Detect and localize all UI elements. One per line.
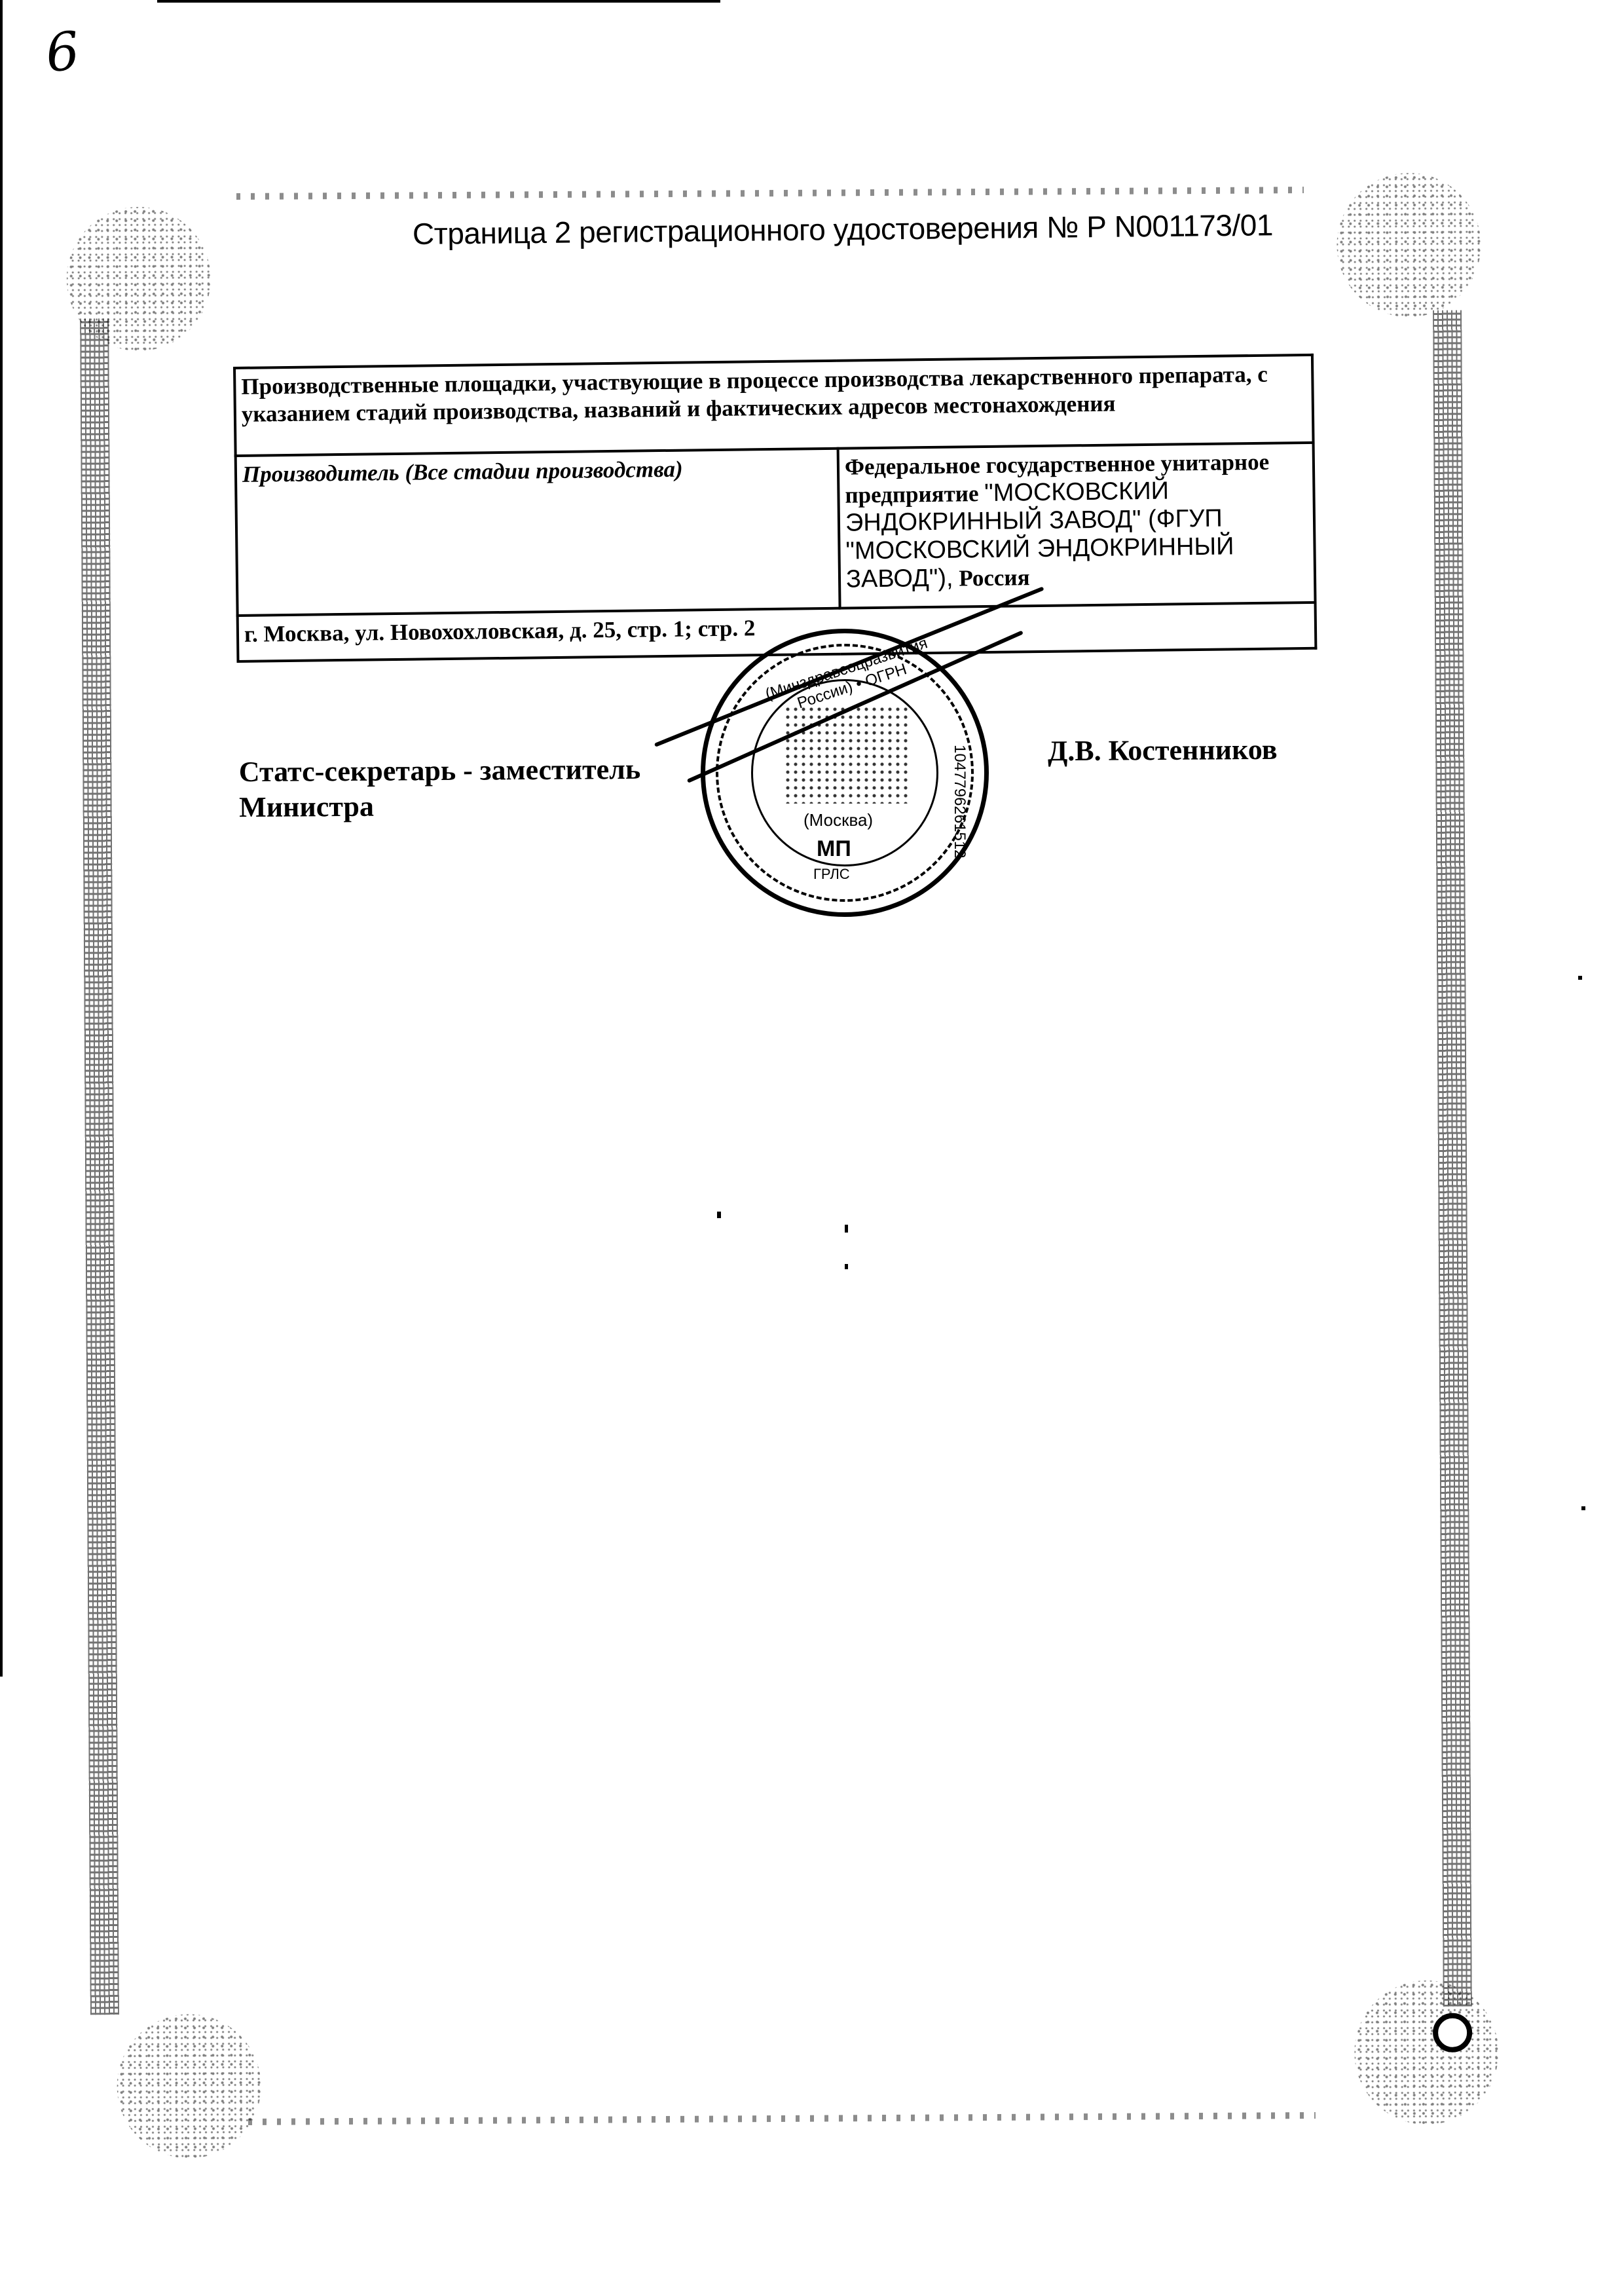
- scan-speck: [1581, 1506, 1585, 1510]
- frame-border-top: [236, 187, 1304, 200]
- seal-ring-number: 1047796261512: [950, 745, 969, 859]
- manufacturer-role: Производитель (Все стадии производства): [236, 449, 840, 616]
- rosette-ornament-icon: [1337, 172, 1481, 317]
- frame-border-right: [1433, 310, 1472, 2007]
- manufacturer-organization: Федеральное государственное унитарное пр…: [838, 443, 1316, 608]
- scan-speck: [845, 1264, 848, 1269]
- rosette-ornament-icon: [66, 206, 211, 351]
- official-seal-stamp: (Минздравсоцразвития России) • ОГРН 1047…: [701, 629, 989, 917]
- rosette-ornament-icon: [117, 2014, 261, 2159]
- frame-border-left: [80, 318, 119, 2015]
- production-sites-table: Производственные площадки, участвующие в…: [233, 354, 1317, 663]
- seal-number: ГРЛС: [813, 866, 850, 883]
- table-heading: Производственные площадки, участвующие в…: [234, 355, 1314, 456]
- seal-city: (Москва): [803, 810, 873, 830]
- table-header-row: Производственные площадки, участвующие в…: [234, 355, 1314, 456]
- coat-of-arms-icon: [784, 705, 908, 804]
- seal-code: МП: [817, 836, 851, 862]
- scan-edge-top: [157, 0, 720, 3]
- scan-speck: [845, 1225, 848, 1233]
- signatory-title-line2: Министра: [239, 787, 641, 825]
- handwritten-page-number: 6: [43, 25, 82, 81]
- rosette-ornament-icon: [1354, 1980, 1499, 2125]
- hologram-seal-icon: [1433, 2013, 1472, 2053]
- frame-border-bottom: [248, 2112, 1316, 2125]
- signatory-title-line1: Статс-секретарь - заместитель: [239, 752, 641, 790]
- signatory-name: Д.В. Костенников: [1048, 733, 1278, 768]
- table-row: Производитель (Все стадии производства) …: [236, 443, 1316, 616]
- scan-speck: [1578, 976, 1582, 980]
- organization-country: Россия: [959, 565, 1030, 591]
- scan-speck: [717, 1212, 721, 1218]
- signatory-title: Статс-секретарь - заместитель Министра: [239, 752, 641, 825]
- scan-edge-left: [0, 0, 3, 1677]
